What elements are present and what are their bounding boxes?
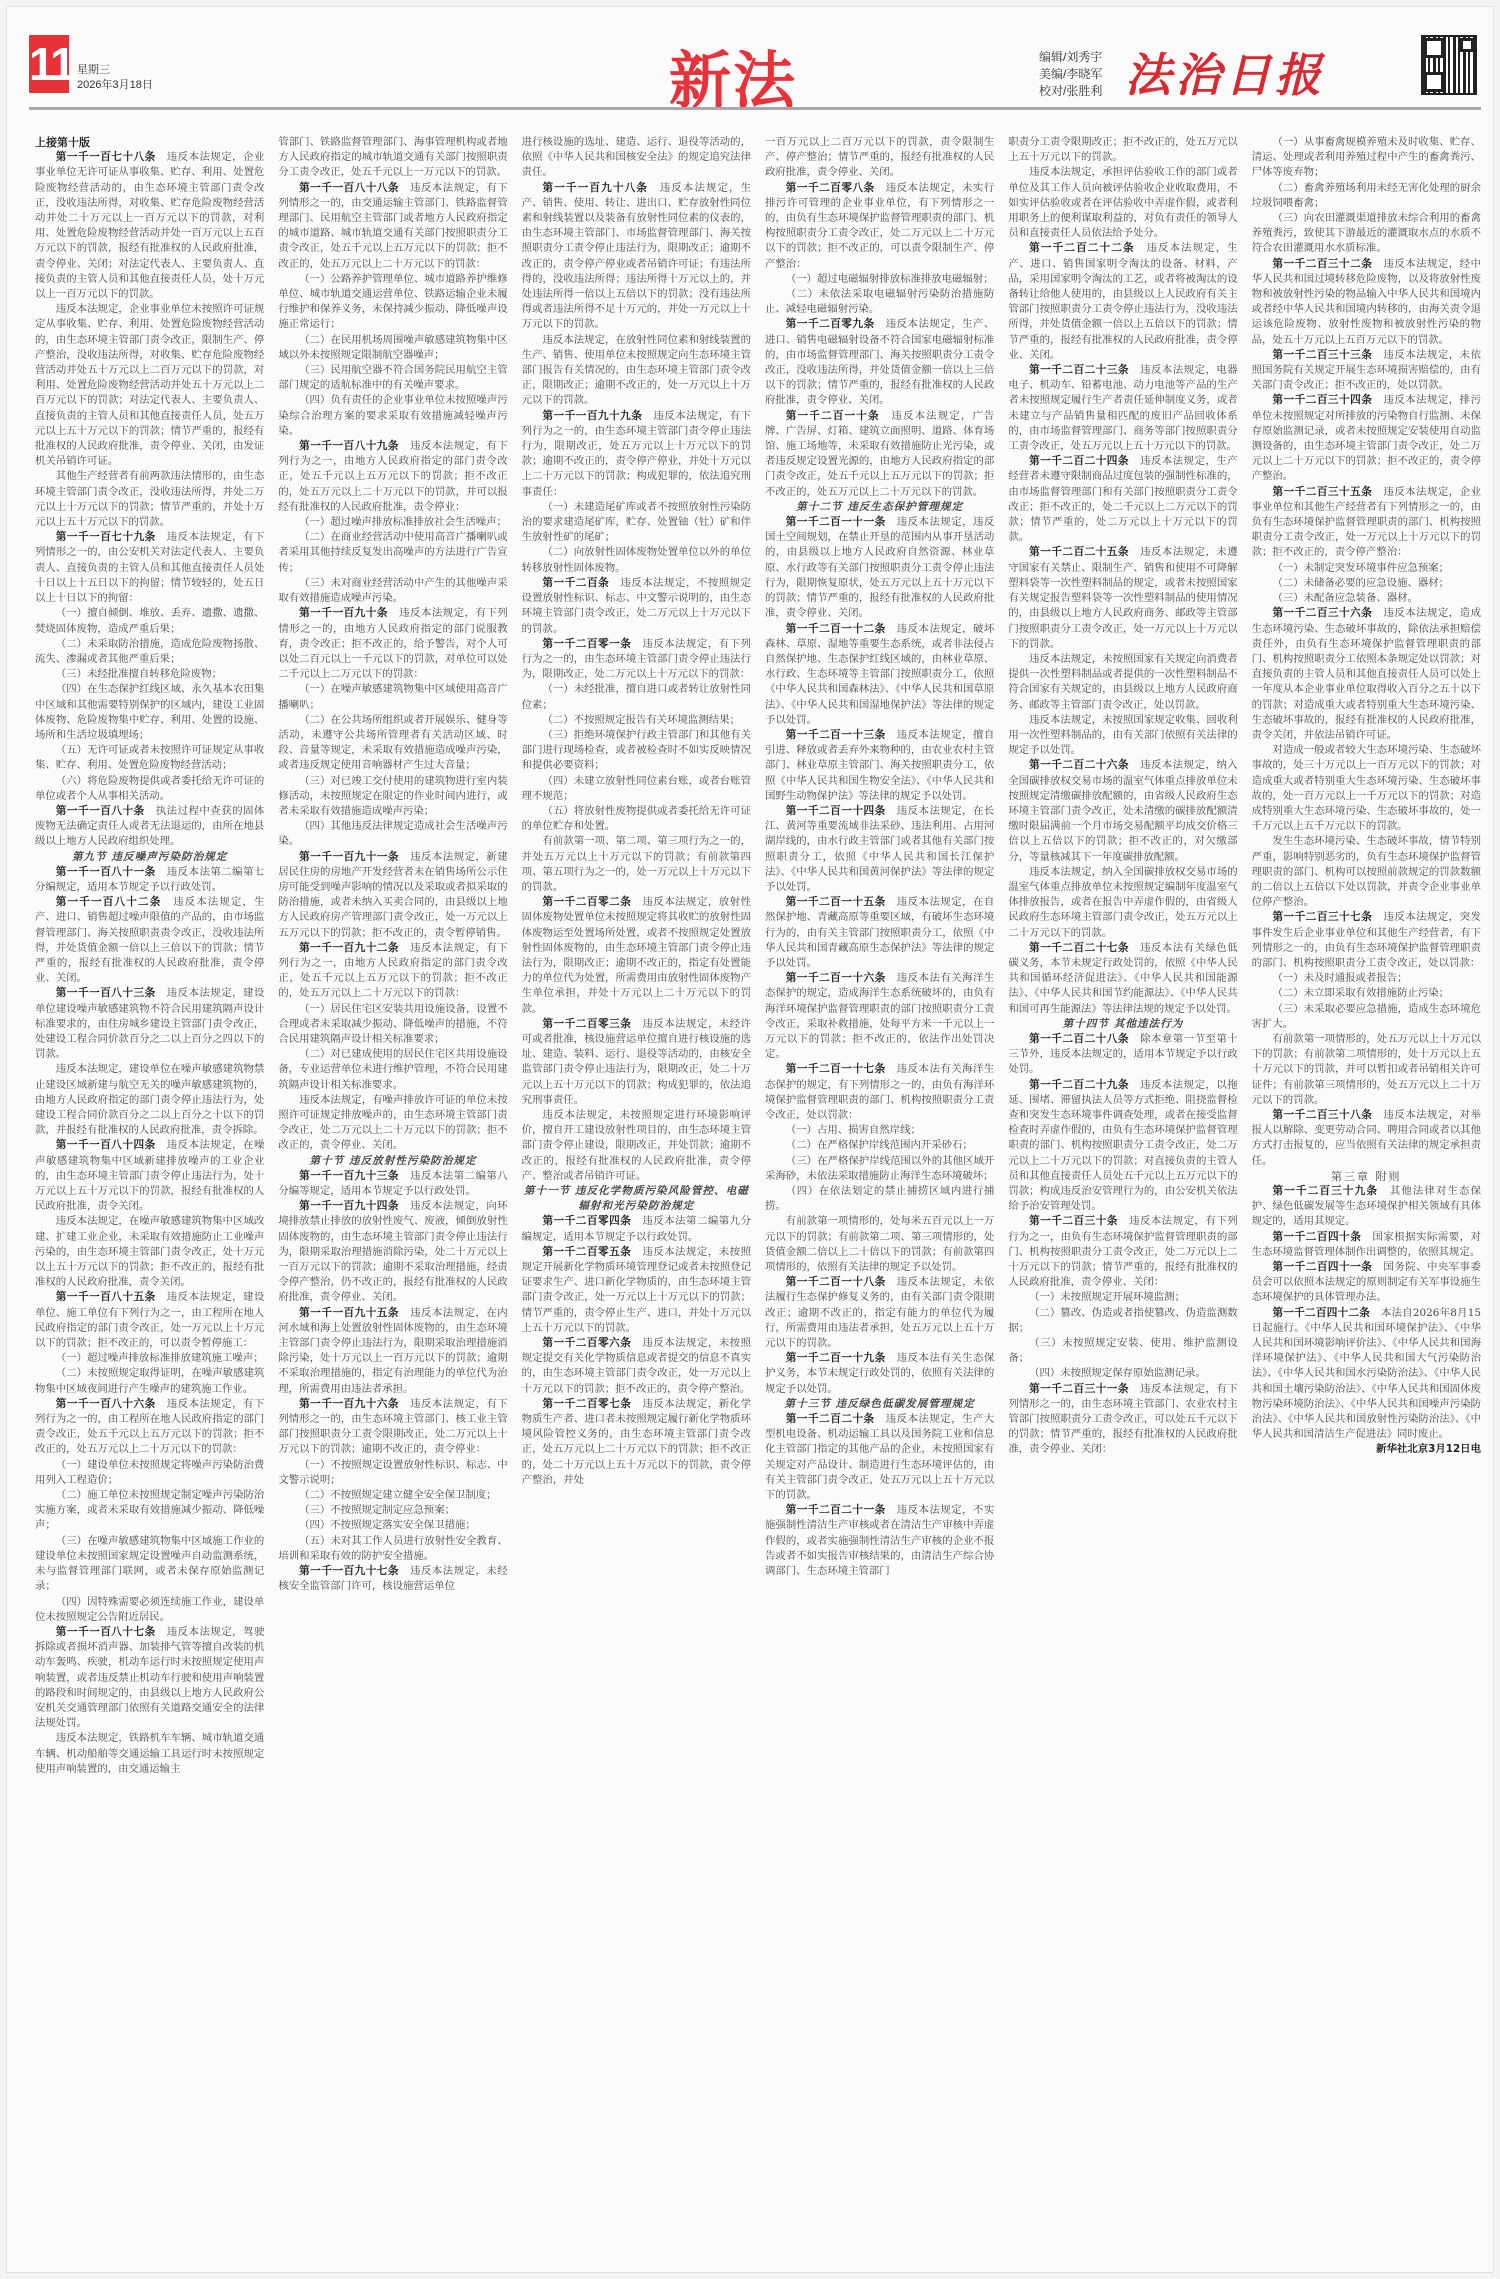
paragraph: （四）因特殊需要必须连续施工作业，建设单位未按照规定公告附近居民。 [35, 1595, 264, 1625]
article-clause: 第一千二百三十条 违反本法规定，有下列行为之一，由负有生态环境保护监督管理职责的… [1008, 1214, 1237, 1290]
article-clause: 第一千二百二十二条 违反本法规定，生产、进口、销售国家明令淘汰的设备、材料，产品… [1008, 241, 1237, 363]
paragraph: （二）在民用机场周围噪声敏感建筑物集中区域以外未按照规定限制航空器噪声； [278, 333, 507, 363]
article-clause: 第一千二百一十六条 违反本法有关海洋生态保护的规定，造成海洋生态系统破坏的，由负… [765, 971, 994, 1062]
article-text: 违反本法规定，未经许可或者批准，核设施营运单位擅自进行核设施的选址、建造、装料、… [522, 1018, 751, 1106]
article-number: 第一千二百三十八条 [1272, 1109, 1383, 1121]
article-text: 违反本法规定，广告牌、广告屏、灯箱、建筑立面照明、道路、体育场馆、施工场地等，未… [765, 410, 994, 498]
paragraph: （一）超过噪声排放标准排放社会生活噪声； [278, 515, 507, 530]
paragraph: 有前款第一项、第二项、第三项行为之一的，并处五万元以上十万元以下的罚款；有前款第… [522, 834, 751, 895]
article-clause: 第一千二百零一条 违反本法规定，有下列行为之一的，由生态环境主管部门责令停止违法… [522, 637, 751, 683]
article-text: 违反本法规定，放射性固体废物处置单位未按照规定将其收贮的放射性固体废物运至处置场… [522, 896, 751, 1014]
article-number: 第一千二百三十四条 [1272, 394, 1383, 406]
article-number: 第一千二百四十条 [1272, 1231, 1372, 1243]
paragraph: 发生生态环境污染、生态破坏事故，情节特别严重，影响特别恶劣的，负有生态环境保护监… [1252, 834, 1481, 910]
chapter-heading: 第三章 附则 [1252, 1169, 1481, 1184]
article-number: 第一千二百二十一条 [786, 1504, 897, 1516]
article-clause: 第一千一百七十八条 违反本法规定，企业事业单位无许可证从事收集、贮存、利用、处置… [35, 150, 264, 302]
article-number: 第一千二百四十二条 [1272, 1307, 1381, 1319]
article-number: 第一千二百三十二条 [1272, 258, 1383, 270]
paragraph: （二）畜禽养殖场利用未经无害化处理的厨余垃圾饲喂畜禽； [1252, 181, 1481, 211]
paragraph: （三）未经批准擅自转移危险废物； [35, 667, 264, 682]
article-text: 违反本法规定，在内河水域和海上处置放射性固体废物的，由生态环境主管部门责令停止违… [278, 1307, 507, 1395]
article-clause: 第一千一百九十六条 违反本法规定，有下列情形之一的，由生态环境主管部门、核工业主… [278, 1397, 507, 1458]
article-number: 第一千一百九十四条 [299, 1200, 410, 1212]
article-text: 违反本法规定，企业事业单位无许可证从事收集、贮存、利用、处置危险废物经营活动的，… [35, 151, 264, 300]
article-clause: 第一千二百零六条 违反本法规定，未按照规定提交有关化学物质信息或者提交的信息不真… [522, 1336, 751, 1397]
paragraph: 对造成一般或者较大生态环境污染、生态破坏事故的，处三十万元以上一百万元以下的罚款… [1252, 743, 1481, 834]
article-clause: 第一千二百二十条 违反本法规定，生产大型机电设备、机动运输工具以及国务院工业和信… [765, 1412, 994, 1503]
article-clause: 第一千二百二十八条 除本章第一节至第十三节外，违反本法规定的，适用本节规定予以行… [1008, 1032, 1237, 1078]
article-number: 第一千二百一十八条 [786, 1276, 897, 1288]
article-number: 第一千一百七十九条 [56, 531, 167, 543]
article-clause: 第一千二百条 违反本法规定，不按照规定设置放射性标识、标志、中文警示说明的，由生… [522, 576, 751, 637]
article-clause: 第一千二百一十四条 违反本法规定，在长江、黄河等重要流域非法采砂、违法利用、占用… [765, 804, 994, 895]
paragraph: （二）不按照规定建立健全安全保卫制度； [278, 1488, 507, 1503]
article-clause: 第一千二百二十五条 违反本法规定，未遵守国家有关禁止、限制生产、销售和使用不可降… [1008, 545, 1237, 651]
article-clause: 第一千二百二十九条 违反本法规定，以拖延、围堵、滞留执法人员等方式拒绝、阻挠监督… [1008, 1078, 1237, 1215]
paragraph: （一）超过噪声排放标准排放建筑施工噪声； [35, 1351, 264, 1366]
article-clause: 第一千二百一十八条 违反本法规定，未依法履行生态保护修复义务的，由有关部门责令限… [765, 1275, 994, 1351]
article-clause: 第一千一百八十八条 违反本法规定，有下列情形之一的，由交通运输主管部门、铁路监督… [278, 181, 507, 272]
paragraph: （二）不按照规定报告有关环境监测结果； [522, 713, 751, 728]
issue-date: 2026年3月18日 [77, 78, 153, 93]
column-5: 职责分工责令限期改正；拒不改正的，处五万元以上五十万元以下的罚款。违反本法规定，… [1008, 135, 1237, 2255]
article-number: 第一千二百一十三条 [786, 729, 897, 741]
article-clause: 第一千二百三十一条 违反本法规定，有下列情形之一的，由生态环境主管部门、农业农村… [1008, 1382, 1237, 1458]
article-text: 违反本法规定，经中华人民共和国过境转移危险废物，以及将放射性废物和被放射性污染的… [1252, 258, 1481, 346]
paragraph: （一）未经批准，擅自进口或者转让放射性同位素； [522, 682, 751, 712]
paragraph: 其他生产经营者有前两款违法情形的，由生态环境主管部门责令改正，没收违法所得，并处… [35, 469, 264, 530]
article-clause: 第一千二百二十四条 违反本法规定，生产经营者未遵守限制商品过度包装的强制性标准的… [1008, 454, 1237, 545]
article-text: 违反本法规定，未遵守国家有关禁止、限制生产、销售和使用不可降解塑料袋等一次性塑料… [1008, 546, 1237, 649]
continued-paragraph: 进行核设施的选址、建造、运行、退役等活动的，依照《中华人民共和国核安全法》的规定… [522, 135, 751, 181]
article-text: 违反本法规定，生产、进口、销售电磁辐射设备不符合国家电磁辐射标准的，由市场监督管… [765, 318, 994, 406]
article-text: 违反本法规定，有下列情形之一的，由交通运输主管部门、铁路监督管理部门、民用航空主… [278, 182, 507, 270]
article-text: 违反本法规定，新化学物质生产者、进口者未按照规定履行新化学物质环境风险管控义务的… [522, 1398, 751, 1486]
paragraph: （五）将放射性废物提供或者委托给无许可证的单位贮存和处置。 [522, 804, 751, 834]
article-text: 违反本法规定，造成生态环境污染、生态破坏事故的，除依法承担赔偿责任外，由负有生态… [1252, 607, 1481, 741]
article-clause: 第一千二百四十条 国家根据实际需要，对生态环境监督管理体制作出调整的，依照其规定… [1252, 1230, 1481, 1260]
article-number: 第一千二百二十六条 [1029, 759, 1140, 771]
continued-paragraph: 一百万元以上二百万元以下的罚款，责令限制生产、停产整治；情节严重的，报经有批准权… [765, 135, 994, 181]
article-clause: 第一千二百一十条 违反本法规定，广告牌、广告屏、灯箱、建筑立面照明、道路、体育场… [765, 409, 994, 500]
article-clause: 第一千二百二十七条 违反本法有关绿色低碳义务，本节未规定行政处罚的，依照《中华人… [1008, 941, 1237, 1017]
article-number: 第一千二百一十五条 [786, 896, 897, 908]
paragraph: （二）未依法采取电磁辐射污染防治措施防止、减轻电磁辐射污染。 [765, 287, 994, 317]
paragraph: （一）未及时通报或者报告； [1252, 971, 1481, 986]
article-clause: 第一千二百一十五条 违反本法规定，在自然保护地、青藏高原等重要区域，有破坏生态环… [765, 895, 994, 971]
article-number: 第一千一百九十九条 [542, 410, 653, 422]
article-clause: 第一千二百零二条 违反本法规定，放射性固体废物处置单位未按照规定将其收贮的放射性… [522, 895, 751, 1017]
newspaper-page: 11 星期三 2026年3月18日 新法 编辑/刘秀宇 美编/李晓军 校对/张胜… [6, 6, 1494, 2273]
editorial-credits: 编辑/刘秀宇 美编/李晓军 校对/张胜利 [1039, 49, 1102, 100]
article-clause: 第一千二百二十三条 违反本法规定，电器电子、机动车、铅蓄电池、动力电池等产品的生… [1008, 363, 1237, 454]
article-clause: 第一千一百九十五条 违反本法规定，在内河水域和海上处置放射性固体废物的，由生态环… [278, 1306, 507, 1397]
article-number: 第一千一百七十八条 [56, 151, 167, 163]
article-number: 第一千二百二十二条 [1029, 242, 1146, 254]
article-number: 第一千一百九十八条 [542, 182, 659, 194]
article-number: 第一千一百八十四条 [56, 1139, 167, 1151]
paragraph: （三）未配备应急装备、器材。 [1252, 591, 1481, 606]
article-number: 第一千二百二十三条 [1029, 364, 1140, 376]
article-number: 第一千一百九十二条 [299, 942, 410, 954]
column-1: 上接第十版第一千一百七十八条 违反本法规定，企业事业单位无许可证从事收集、贮存、… [35, 135, 264, 2255]
article-number: 第一千二百一十四条 [786, 805, 897, 817]
paragraph: 违反本法规定，在噪声敏感建筑物集中区域改建、扩建工业企业，未采取有效措施防止工业… [35, 1214, 264, 1290]
article-number: 第一千二百零六条 [542, 1337, 642, 1349]
article-clause: 第一千二百三十九条 其他法律对生态保护、绿色低碳发展等生态环境保护相关领域有具体… [1252, 1184, 1481, 1230]
article-clause: 第一千二百三十六条 违反本法规定，造成生态环境污染、生态破坏事故的，除依法承担赔… [1252, 606, 1481, 743]
article-text: 违反本法有关海洋生态保护的规定，造成海洋生态系统破坏的，由负有海洋环境保护监督管… [765, 972, 994, 1060]
article-number: 第一千一百八十条 [56, 805, 156, 817]
paragraph: （四）未按照规定保存原始监测记录。 [1008, 1366, 1237, 1381]
article-number: 第一千二百一十七条 [786, 1063, 897, 1075]
article-clause: 第一千一百八十四条 违反本法规定，在噪声敏感建筑物集中区域新建排放噪声的工业企业… [35, 1138, 264, 1214]
paragraph: 违反本法规定，纳入全国碳排放权交易市场的温室气体重点排放单位未按照规定编制年度温… [1008, 865, 1237, 941]
paragraph: （一）未按照规定开展环境监测； [1008, 1290, 1237, 1305]
section-heading: 第十节 违反放射性污染防治规定 [278, 1154, 507, 1169]
paragraph: （二）对已建成使用的居民住宅区共用设施设备，专业运营单位未进行维护管理，不符合民… [278, 1047, 507, 1093]
paragraph: （二）未立即采取有效措施防止污染； [1252, 986, 1481, 1001]
article-number: 第一千二百二十七条 [1029, 942, 1140, 954]
paragraph: （二）在商业经营活动中使用高音广播喇叭或者采用其他持续反复发出高噪声的方法进行广… [278, 530, 507, 576]
qr-code-icon [1421, 35, 1477, 95]
article-text: 违反本法规定，新建居民住房的房地产开发经营者未在销售场所公示住房可能受到噪声影响… [278, 851, 507, 939]
paragraph: （五）无许可证或者未按照许可证规定从事收集、贮存、利用、处置危险废物经营活动； [35, 743, 264, 773]
article-text: 违反本法规定，生产经营者未遵守限制商品过度包装的强制性标准的，由市场监督管理部门… [1008, 455, 1237, 543]
article-clause: 第一千二百零九条 违反本法规定，生产、进口、销售电磁辐射设备不符合国家电磁辐射标… [765, 317, 994, 408]
article-number: 第一千二百零三条 [542, 1018, 642, 1030]
header-divider [29, 107, 1481, 110]
article-number: 第一千二百三十六条 [1272, 607, 1383, 619]
paragraph: （一）擅自倾倒、堆放、丢弃、遗撒、遗撒、焚烧固体废物，造成严重后果； [35, 606, 264, 636]
paragraph: 违反本法规定，未按照规定进行环境影响评价，擅自开工建设放射性项目的，由生态环境主… [522, 1108, 751, 1184]
article-clause: 第一千二百四十一条 国务院、中央军事委员会可以依照本法规定的原则制定有关军事设施… [1252, 1260, 1481, 1306]
article-number: 第一千二百三十五条 [1272, 486, 1383, 498]
article-number: 第一千一百八十八条 [299, 182, 410, 194]
article-number: 第一千二百一十一条 [786, 516, 897, 528]
paragraph: （一）在噪声敏感建筑物集中区域使用高音广播喇叭； [278, 682, 507, 712]
article-clause: 第一千一百九十二条 违反本法规定，有下列行为之一，由地方人民政府指定的部门责令改… [278, 941, 507, 1002]
article-clause: 第一千二百三十五条 违反本法规定，企业事业单位和其他生产经营者有下列情形之一的，… [1252, 485, 1481, 561]
continued-paragraph: 管部门、铁路监督管理部门、海事管理机构或者地方人民政府指定的城市轨道交通有关部门… [278, 135, 507, 181]
article-clause: 第一千一百九十条 违反本法规定，有下列情形之一的，由地方人民政府指定的部门说服教… [278, 606, 507, 682]
article-text: 违反本法规定，排污单位未按照规定对所排放的污染物自行监测、未保存原始监测记录，或… [1252, 394, 1481, 482]
article-text: 违反本法规定，纳入全国碳排放权交易市场的温室气体重点排放单位未按照规定清缴碳排放… [1008, 759, 1237, 862]
paragraph: 违反本法规定，未按照国家规定收集、回收利用一次性塑料制品的，由有关部门依照有关法… [1008, 713, 1237, 759]
article-number: 第一千一百八十七条 [56, 1626, 167, 1638]
section-heading: 第十三节 违反绿色低碳发展管理规定 [765, 1397, 994, 1412]
paragraph: 违反本法规定，企业事业单位未按照许可证规定从事收集、贮存、利用、处置危险废物经营… [35, 302, 264, 469]
article-text: 违反本法规定，生产、进口、销售国家明令淘汰的设备、材料，产品，采用国家明令淘汰的… [1008, 242, 1237, 360]
article-clause: 第一千一百八十一条 违反本法第二编第七分编规定，适用本节规定予以行政处罚。 [35, 865, 264, 895]
article-clause: 第一千一百九十三条 违反本法第二编第八分编等规定，适用本节规定予以行政处罚。 [278, 1169, 507, 1199]
article-number: 第一千一百八十三条 [56, 987, 167, 999]
paragraph: （三）民用航空器不符合国务院民用航空主管部门规定的适航标准中的有关噪声要求。 [278, 363, 507, 393]
article-text: 违反本法规定，电器电子、机动车、铅蓄电池、动力电池等产品的生产者未按照规定履行生… [1008, 364, 1237, 452]
paragraph: （三）未采取必要应急措施，造成生态环境危害扩大。 [1252, 1002, 1481, 1032]
section-heading: 第十四节 其他违法行为 [1008, 1017, 1237, 1032]
article-number: 第一千二百二十条 [786, 1413, 886, 1425]
paragraph: 有前款第一项情形的，处每米五百元以上一万元以下的罚款；有前款第二项、第三项情形的… [765, 1214, 994, 1275]
article-clause: 第一千一百八十二条 违反本法规定，生产、进口、销售超过噪声限值的产品的，由市场监… [35, 895, 264, 986]
paragraph: （三）拒绝环境保护行政主管部门和其他有关部门进行现场检查，或者被检查时不如实反映… [522, 728, 751, 774]
paragraph: （一）从事畜禽规模养殖未及时收集、贮存、清运、处理或者利用养殖过程中产生的畜禽粪… [1252, 135, 1481, 181]
article-number: 第一千一百九十七条 [299, 1565, 410, 1577]
article-columns: 上接第十版第一千一百七十八条 违反本法规定，企业事业单位无许可证从事收集、贮存、… [35, 135, 1481, 2255]
article-text: 本法自2026年8月15日起施行。《中华人民共和国环境保护法》、《中华人民共和国… [1252, 1307, 1481, 1441]
article-number: 第一千二百二十五条 [1029, 546, 1140, 558]
paragraph: （二）在公共场所组织或者开展娱乐、健身等活动，未遵守公共场所管理者有关活动区域、… [278, 713, 507, 774]
section-heading: 第十一节 违反化学物质污染风险管控、电磁辐射和光污染防治规定 [522, 1184, 751, 1214]
article-number: 第一千二百四十一条 [1272, 1261, 1383, 1273]
paragraph: 违反本法规定，承担评估验收工作的部门或者单位及其工作人员向被评估验收企业收取费用… [1008, 165, 1237, 241]
article-number: 第一千二百零一条 [542, 638, 642, 650]
paragraph: 违反本法规定，建设单位在噪声敏感建筑物禁止建设区域新建与航空无关的噪声敏感建筑物… [35, 1062, 264, 1138]
column-6: （一）从事畜禽规模养殖未及时收集、贮存、清运、处理或者利用养殖过程中产生的畜禽粪… [1252, 135, 1481, 2255]
article-clause: 第一千二百三十三条 违反本法规定，未依照国务院有关规定开展生态环境损害赔偿的，由… [1252, 348, 1481, 394]
paragraph: （六）将危险废物提供或者委托给无许可证的单位或者个人从事相关活动。 [35, 774, 264, 804]
paragraph: 违反本法规定，有噪声排放许可证的单位未按照许可证规定排放噪声的，由生态环境主管部… [278, 1093, 507, 1154]
article-number: 第一千一百八十一条 [56, 866, 167, 878]
article-clause: 第一千一百八十三条 违反本法规定，建设单位建设噪声敏感建筑物不符合民用建筑隔声设… [35, 986, 264, 1062]
article-clause: 第一千二百三十四条 违反本法规定，排污单位未按照规定对所排放的污染物自行监测、未… [1252, 393, 1481, 484]
article-number: 第一千一百八十二条 [56, 896, 173, 908]
paragraph: （一）未制定突发环境事件应急预案； [1252, 561, 1481, 576]
continued-paragraph: 职责分工责令限期改正；拒不改正的，处五万元以上五十万元以下的罚款。 [1008, 135, 1237, 165]
article-clause: 第一千一百八十条 执法过程中查获的固体废物无法确定责任人或者无法退运的，由所在地… [35, 804, 264, 850]
paragraph: 有前款第一项情形的，处五万元以上十万元以下的罚款；有前款第二项情形的，处十万元以… [1252, 1032, 1481, 1108]
article-number: 第一千二百一十六条 [786, 972, 897, 984]
paragraph: （四）未建立放射性同位素台账，或者台账管理不规范； [522, 774, 751, 804]
section-heading: 第十二节 违反生态保护管理规定 [765, 500, 994, 515]
article-clause: 第一千一百八十五条 违反本法规定，建设单位、施工单位有下列行为之一，由工程所在地… [35, 1290, 264, 1351]
article-text: 违反本法规定，向环境排放禁止排放的放射性废气、废液，倾倒放射性固体废物的，由生态… [278, 1200, 507, 1303]
article-number: 第一千二百一十条 [786, 410, 892, 422]
paragraph: （三）不按照规定制定应急预案； [278, 1503, 507, 1518]
article-clause: 第一千二百零三条 违反本法规定，未经许可或者批准，核设施营运单位擅自进行核设施的… [522, 1017, 751, 1108]
paragraph: 违反本法规定，在放射性同位素和射线装置的生产、销售、使用单位未按照规定向生态环境… [522, 333, 751, 409]
article-clause: 第一千一百八十七条 违反本法规定，驾驶拆除或者损坏消声器、加装排气管等擅自改装的… [35, 1625, 264, 1731]
paragraph: （二）向放射性固体废物处置单位以外的单位转移放射性固体废物。 [522, 545, 751, 575]
paragraph: （一）居民住宅区安装共用设施设备，设置不合理或者未采取减少振动、降低噪声的措施，… [278, 1002, 507, 1048]
art-editor-credit: 美编/李晓军 [1039, 66, 1102, 83]
article-number: 第一千二百零四条 [542, 1215, 642, 1227]
paragraph: （三）未对商业经营活动中产生的其他噪声采取有效措施造成噪声污染。 [278, 576, 507, 606]
article-number: 第一千二百三十条 [1029, 1215, 1129, 1227]
article-clause: 第一千二百一十三条 违反本法规定，擅自引进、释放或者丢弃外来物种的，由农业农村主… [765, 728, 994, 804]
article-number: 第一千二百零九条 [786, 318, 886, 330]
column-3: 进行核设施的选址、建造、运行、退役等活动的，依照《中华人民共和国核安全法》的规定… [522, 135, 751, 2255]
article-number: 第一千二百二十四条 [1029, 455, 1140, 467]
article-text: 违反本法规定，破坏森林、草原、湿地等重要生态系统，或者非法侵占自然保护地、生态保… [765, 623, 994, 726]
paragraph: （二）篡改、伪造或者指使篡改、伪造监测数据； [1008, 1306, 1237, 1336]
article-clause: 第一千一百八十九条 违反本法规定，有下列行为之一，由地方人民政府指定的部门责令改… [278, 439, 507, 515]
article-text: 违反本法规定，在长江、黄河等重要流域非法采砂、违法利用、占用河湖岸线的，由水行政… [765, 805, 994, 893]
article-number: 第一千二百零八条 [786, 182, 886, 194]
article-number: 第一千一百九十三条 [299, 1170, 410, 1182]
article-text: 违反本法规定，生产、销售、使用、转让、进出口、贮存放射性同位素和射线装置以及装备… [522, 182, 751, 331]
article-clause: 第一千二百二十一条 违反本法规定，不实施强制性清洁生产审核或者在清洁生产审核中弄… [765, 1503, 994, 1579]
article-clause: 第一千一百九十七条 违反本法规定，未经核安全监管部门许可，核设施营运单位 [278, 1564, 507, 1594]
article-number: 第一千一百九十六条 [299, 1398, 410, 1410]
article-number: 第一千二百一十九条 [786, 1352, 897, 1364]
article-clause: 第一千二百零五条 违反本法规定，未按照规定开展新化学物质环境管理登记或者未按照登… [522, 1245, 751, 1336]
column-2: 管部门、铁路监督管理部门、海事管理机构或者地方人民政府指定的城市轨道交通有关部门… [278, 135, 507, 2255]
article-number: 第一千一百八十六条 [56, 1398, 167, 1410]
article-number: 第一千二百三十九条 [1272, 1185, 1389, 1197]
paragraph: （二）未储备必要的应急设施、器材； [1252, 576, 1481, 591]
paragraph: （一）占用、损害自然岸线； [765, 1123, 994, 1138]
article-number: 第一千二百二十九条 [1029, 1079, 1140, 1091]
paragraph: （一）超过电磁辐射排放标准排放电磁辐射； [765, 272, 994, 287]
editor-credit: 编辑/刘秀宇 [1039, 49, 1102, 66]
article-text: 违反本法规定，有下列行为之一的，由生态环境主管部门责令停止违法行为，限期改正，处… [522, 410, 751, 498]
article-clause: 第一千二百三十二条 违反本法规定，经中华人民共和国过境转移危险废物，以及将放射性… [1252, 257, 1481, 348]
paragraph: （一）建设单位未按照规定将噪声污染防治费用列入工程造价； [35, 1458, 264, 1488]
paragraph: （五）未对其工作人员进行放射性安全教育、培训和采取有效的防护安全措施。 [278, 1534, 507, 1564]
paragraph: （三）在严格保护岸线范围以外的其他区域开采海砂，未依法采取措施防止海洋生态环境破… [765, 1154, 994, 1184]
article-clause: 第一千一百九十九条 违反本法规定，有下列行为之一的，由生态环境主管部门责令停止违… [522, 409, 751, 500]
article-number: 第一千一百九十一条 [299, 851, 410, 863]
date-block: 星期三 2026年3月18日 [77, 63, 153, 93]
paragraph: （三）向农田灌溉渠道排放未综合利用的畜禽养殖粪污，致使其下游最近的灌溉取水点的水… [1252, 211, 1481, 257]
paragraph: （四）负有责任的企业事业单位未按照噪声污染综合治理方案的要求采取有效措施减轻噪声… [278, 393, 507, 439]
article-number: 第一千二百三十一条 [1029, 1383, 1140, 1395]
dateline: 新华社北京3月12日电 [1252, 1442, 1481, 1457]
article-clause: 第一千二百三十八条 违反本法规定，对举报人以解除、变更劳动合同、聘用合同或者以其… [1252, 1108, 1481, 1169]
article-number: 第一千二百三十三条 [1272, 349, 1383, 361]
paragraph: （一）未建造尾矿库或者不按照放射性污染防治的要求建造尾矿库，贮存、处置铀（钍）矿… [522, 500, 751, 546]
article-number: 第一千二百零二条 [542, 896, 642, 908]
newspaper-logo: 法治日报 [1125, 39, 1325, 105]
proofreader-credit: 校对/张胜利 [1039, 83, 1102, 100]
paragraph: （三）未按照规定安装、使用、维护监测设备； [1008, 1336, 1237, 1366]
article-clause: 第一千二百一十七条 违反本法有关海洋生态保护的规定，有下列情形之一的，由负有海洋… [765, 1062, 994, 1123]
continued-label: 上接第十版 [35, 135, 264, 150]
article-number: 第一千一百八十九条 [299, 440, 410, 452]
article-text: 违反本法规定，未按照规定开展新化学物质环境管理登记或者未按照登记证要求生产、进口… [522, 1246, 751, 1334]
article-number: 第一千二百条 [542, 577, 620, 589]
section-heading: 第九节 违反噪声污染防治规定 [35, 850, 264, 865]
paragraph: 违反本法规定，未按照国家有关规定向消费者提供一次性塑料制品或者提供的一次性塑料制… [1008, 652, 1237, 713]
paragraph: （四）其他违反法律规定造成社会生活噪声污染。 [278, 819, 507, 849]
article-text: 违反本法规定，以拖延、围堵、滞留执法人员等方式拒绝、阻挠监督检查和突发生态环境事… [1008, 1079, 1237, 1213]
paragraph: （二）未采取防治措施，造成危险废物扬散、流失、渗漏或者其他严重后果； [35, 637, 264, 667]
masthead: 11 星期三 2026年3月18日 新法 编辑/刘秀宇 美编/李晓军 校对/张胜… [29, 35, 1481, 113]
article-number: 第一千二百二十八条 [1029, 1033, 1140, 1045]
article-number: 第一千二百三十七条 [1272, 911, 1383, 923]
article-clause: 第一千一百七十九条 违反本法规定，有下列情形之一的，由公安机关对法定代表人、主要… [35, 530, 264, 606]
article-clause: 第一千一百九十八条 违反本法规定，生产、销售、使用、转让、进出口、贮存放射性同位… [522, 181, 751, 333]
page-number: 11 [29, 35, 69, 93]
article-clause: 第一千二百四十二条 本法自2026年8月15日起施行。《中华人民共和国环境保护法… [1252, 1306, 1481, 1443]
article-number: 第一千二百零七条 [542, 1398, 642, 1410]
article-clause: 第一千二百零八条 违反本法规定，未实行排污许可管理的企业事业单位，有下列情形之一… [765, 181, 994, 272]
article-text: 违反本法规定，违反国土空间规划，在禁止开垦的范围内从事开垦活动的，由县级以上地方… [765, 516, 994, 619]
paragraph: （四）不按照规定落实安全保卫措施； [278, 1518, 507, 1533]
article-clause: 第一千二百零七条 违反本法规定，新化学物质生产者、进口者未按照规定履行新化学物质… [522, 1397, 751, 1488]
article-number: 第一千一百八十五条 [56, 1291, 167, 1303]
paragraph: 违反本法规定，铁路机车车辆、城市轨道交通车辆、机动船舶等交通运输工具运行时未按照… [35, 1731, 264, 1777]
article-text: 违反本法规定，驾驶拆除或者损坏消声器、加装排气管等擅自改装的机动车轰鸣、疾驶，机… [35, 1626, 264, 1729]
article-clause: 第一千一百九十四条 违反本法规定，向环境排放禁止排放的放射性废气、废液，倾倒放射… [278, 1199, 507, 1305]
paragraph: （二）施工单位未按照规定制定噪声污染防治实施方案，或者未采取有效措施减少振动、降… [35, 1488, 264, 1534]
paragraph: （一）公路养护管理单位、城市道路养护维修单位、城市轨道交通运营单位、铁路运输企业… [278, 272, 507, 333]
article-clause: 第一千二百零四条 违反本法第二编第九分编规定，适用本节规定予以行政处罚。 [522, 1214, 751, 1244]
article-clause: 第一千二百二十六条 违反本法规定，纳入全国碳排放权交易市场的温室气体重点排放单位… [1008, 758, 1237, 864]
article-clause: 第一千二百一十二条 违反本法规定，破坏森林、草原、湿地等重要生态系统，或者非法侵… [765, 622, 994, 728]
paragraph: （二）未按照规定取得证明，在噪声敏感建筑物集中区域夜间进行产生噪声的建筑施工作业… [35, 1366, 264, 1396]
paragraph: （四）在生态保护红线区域、永久基本农田集中区域和其他需要特别保护的区域内，建设工… [35, 682, 264, 743]
article-clause: 第一千一百八十六条 违反本法规定，有下列行为之一的，由工程所在地人民政府指定的部… [35, 1397, 264, 1458]
paragraph: （三）对已竣工交付使用的建筑物进行室内装修活动，未按照规定在限定的作业时间内进行… [278, 774, 507, 820]
paragraph: （三）在噪声敏感建筑物集中区域施工作业的建设单位未按照国家规定设置噪声自动监测系… [35, 1534, 264, 1595]
column-4: 一百万元以上二百万元以下的罚款，责令限制生产、停产整治；情节严重的，报经有批准权… [765, 135, 994, 2255]
article-text: 违反本法规定，生产、进口、销售超过噪声限值的产品的，由市场监督管理部门、海关按照… [35, 896, 264, 984]
paragraph: （四）在依法划定的禁止捕捞区域内进行捕捞。 [765, 1184, 994, 1214]
article-number: 第一千二百零五条 [542, 1246, 642, 1258]
article-text: 违反本法规定，未实行排污许可管理的企业事业单位，有下列情形之一的，由负有生态环境… [765, 182, 994, 270]
article-clause: 第一千二百一十一条 违反本法规定，违反国土空间规划，在禁止开垦的范围内从事开垦活… [765, 515, 994, 621]
article-clause: 第一千一百九十一条 违反本法规定，新建居民住房的房地产开发经营者未在销售场所公示… [278, 850, 507, 941]
paragraph: （一）不按照规定设置放射性标识、标志、中文警示说明； [278, 1458, 507, 1488]
article-number: 第一千一百九十五条 [299, 1307, 410, 1319]
weekday: 星期三 [77, 63, 153, 78]
article-number: 第一千二百一十二条 [786, 623, 897, 635]
paragraph: （二）在严格保护岸线范围内开采砂石； [765, 1138, 994, 1153]
article-text: 违反本法规定，生产大型机电设备、机动运输工具以及国务院工业和信息化主管部门指定的… [765, 1413, 994, 1501]
article-clause: 第一千二百三十七条 违反本法规定，突发事件发生后企业事业单位和其他生产经营者，有… [1252, 910, 1481, 971]
article-clause: 第一千二百一十九条 违反本法有关生态保护义务，本节未规定行政处罚的，依照有关法律… [765, 1351, 994, 1397]
article-number: 第一千一百九十条 [299, 607, 399, 619]
